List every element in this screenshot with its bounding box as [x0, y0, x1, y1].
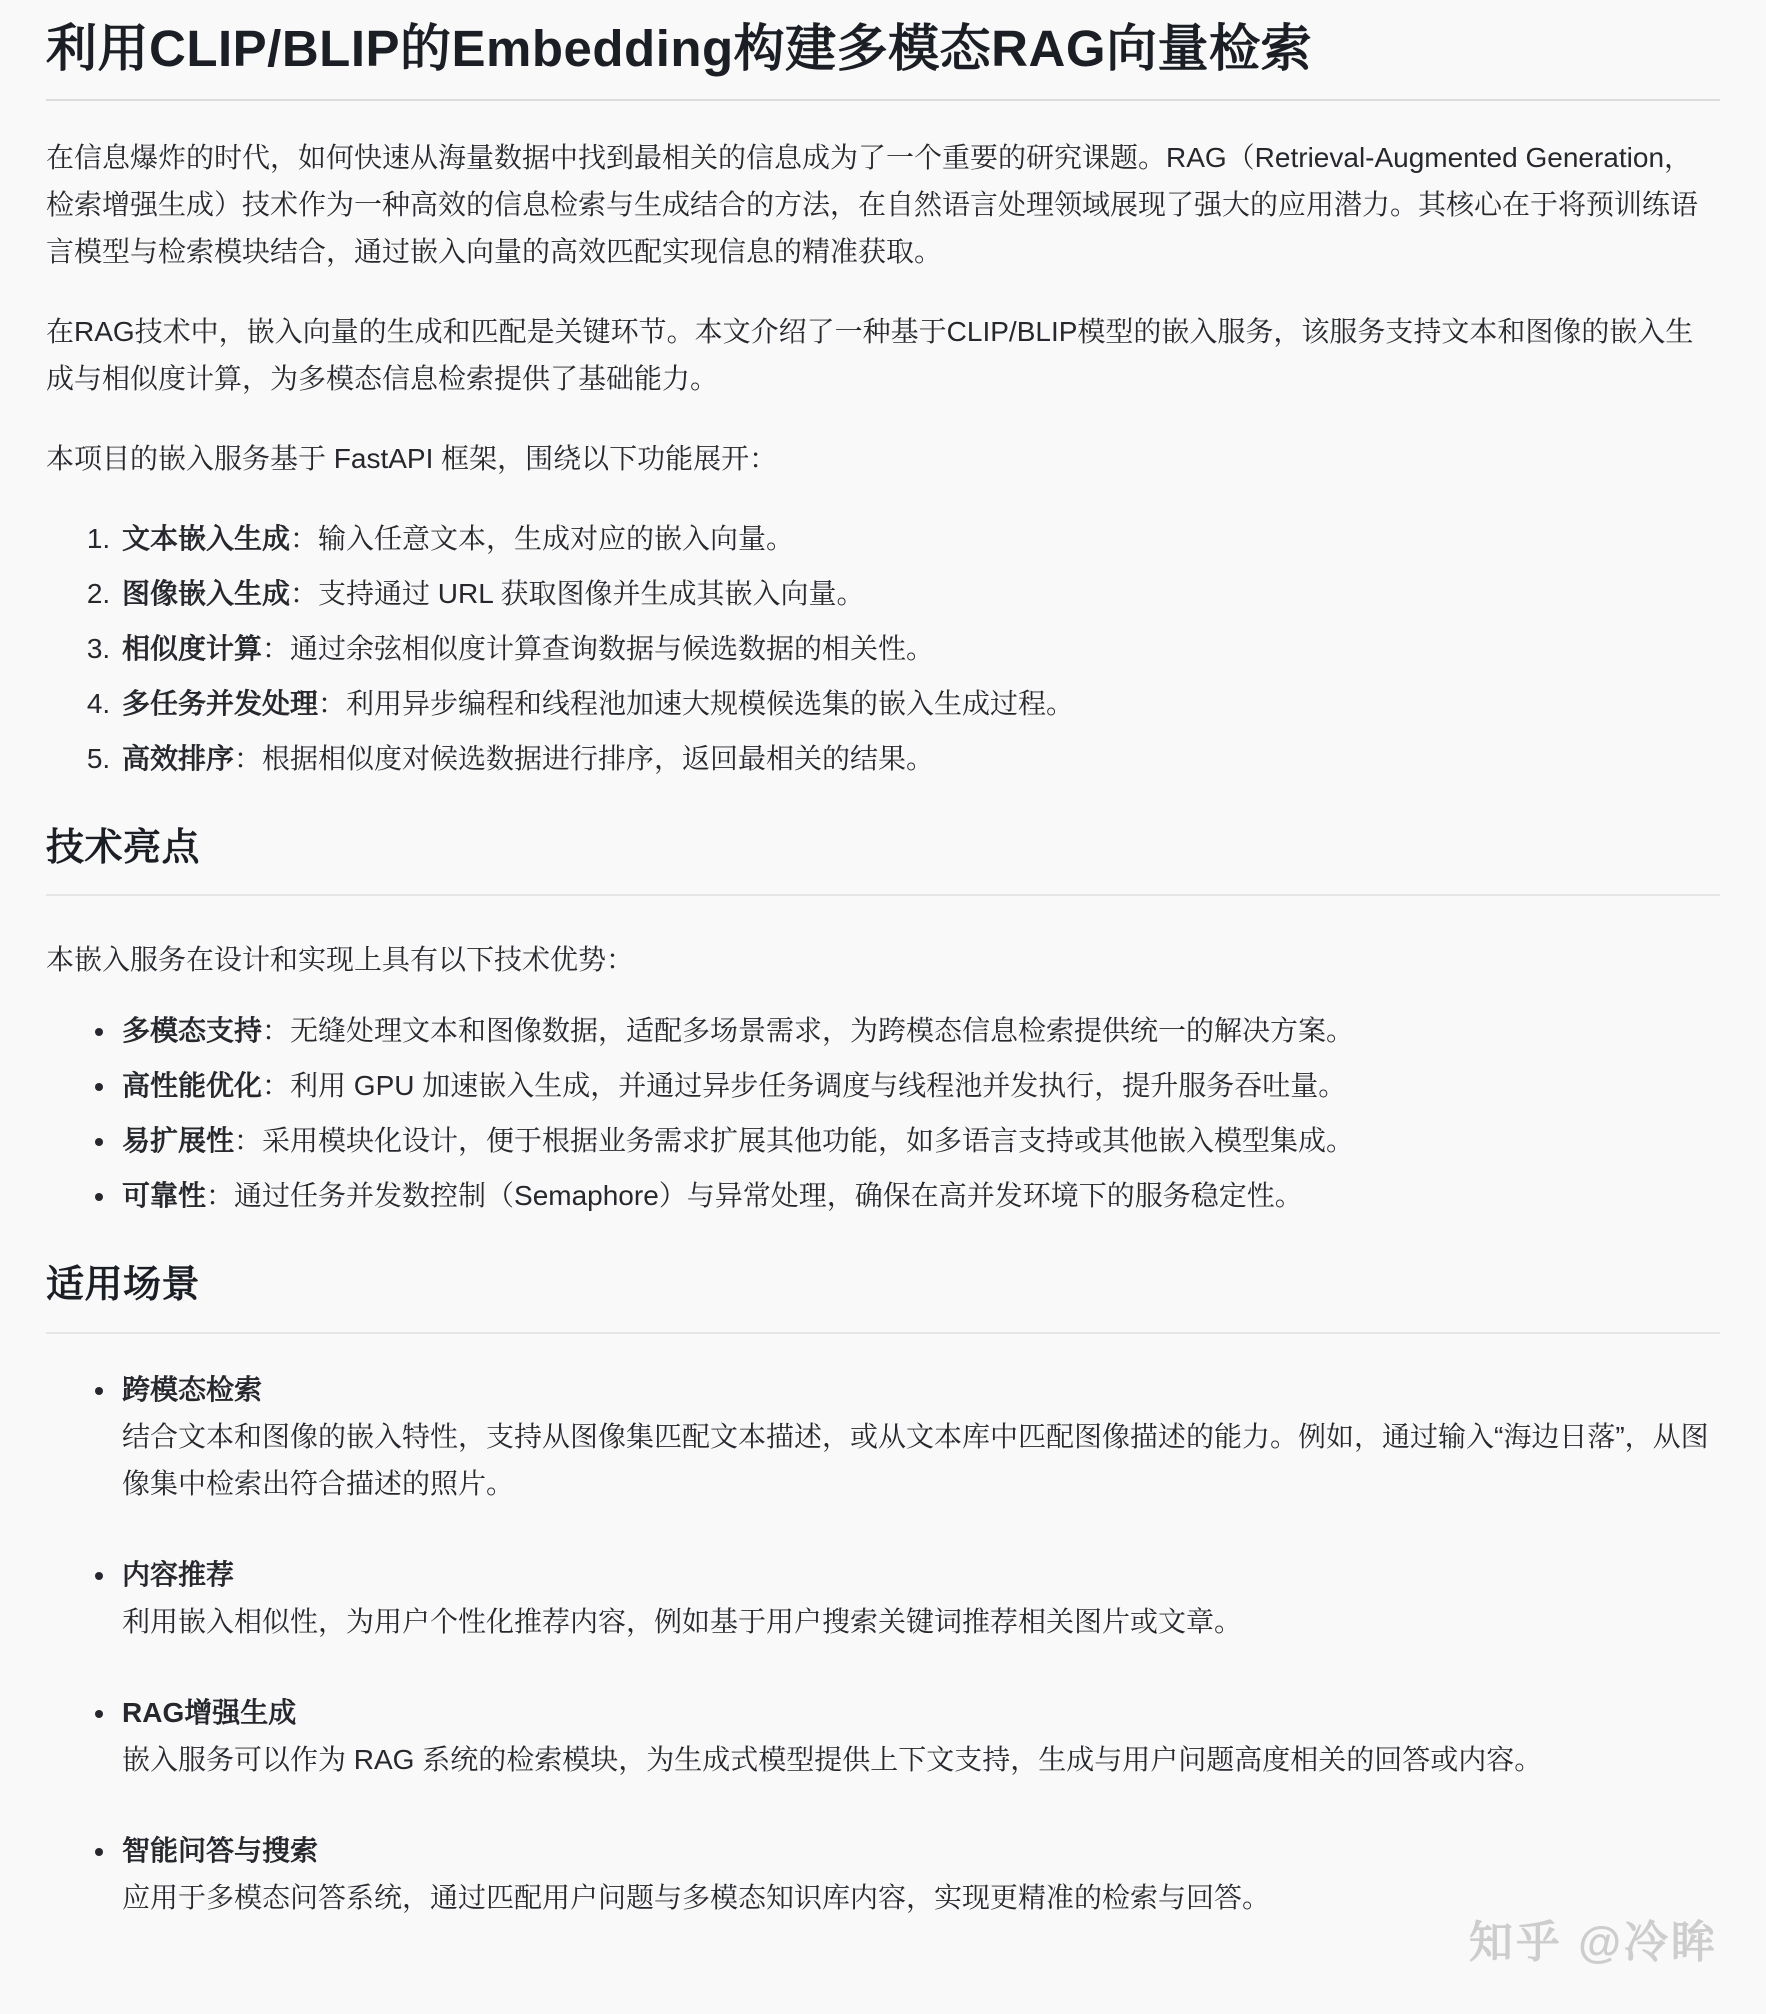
- scenario-item: RAG增强生成 嵌入服务可以作为 RAG 系统的检索模块，为生成式模型提供上下文…: [118, 1689, 1720, 1783]
- article-page: 利用CLIP/BLIP的Embedding构建多模态RAG向量检索 在信息爆炸的…: [0, 0, 1766, 2014]
- highlight-item: 多模态支持：无缝处理文本和图像数据，适配多场景需求，为跨模态信息检索提供统一的解…: [118, 1007, 1720, 1054]
- highlight-term: 多模态支持: [122, 1015, 262, 1046]
- feature-item: 相似度计算：通过余弦相似度计算查询数据与候选数据的相关性。: [118, 625, 1720, 672]
- scenario-title: 智能问答与搜索: [122, 1827, 1720, 1874]
- intro-paragraph-1: 在信息爆炸的时代，如何快速从海量数据中找到最相关的信息成为了一个重要的研究课题。…: [46, 134, 1720, 275]
- intro-paragraph-3: 本项目的嵌入服务基于 FastAPI 框架，围绕以下功能展开：: [46, 435, 1720, 482]
- feature-item: 高效排序：根据相似度对候选数据进行排序，返回最相关的结果。: [118, 735, 1720, 782]
- title-divider: [46, 99, 1720, 101]
- intro-paragraph-2: 在RAG技术中，嵌入向量的生成和匹配是关键环节。本文介绍了一种基于CLIP/BL…: [46, 308, 1720, 402]
- scenario-desc: 利用嵌入相似性，为用户个性化推荐内容，例如基于用户搜索关键词推荐相关图片或文章。: [122, 1598, 1720, 1645]
- scenario-title: 跨模态检索: [122, 1366, 1720, 1413]
- section-heading-highlights: 技术亮点: [46, 824, 1720, 873]
- feature-desc: ：输入任意文本，生成对应的嵌入向量。: [290, 523, 794, 554]
- section-heading-scenarios: 适用场景: [46, 1261, 1720, 1310]
- feature-item: 文本嵌入生成：输入任意文本，生成对应的嵌入向量。: [118, 515, 1720, 562]
- feature-term: 多任务并发处理: [122, 688, 318, 719]
- highlight-item: 高性能优化：利用 GPU 加速嵌入生成，并通过异步任务调度与线程池并发执行，提升…: [118, 1062, 1720, 1109]
- section-divider-highlights: [46, 894, 1720, 896]
- scenario-list: 跨模态检索 结合文本和图像的嵌入特性，支持从图像集匹配文本描述，或从文本库中匹配…: [46, 1366, 1720, 1921]
- feature-term: 图像嵌入生成: [122, 578, 290, 609]
- highlight-term: 可靠性: [122, 1180, 206, 1211]
- scenario-item: 内容推荐 利用嵌入相似性，为用户个性化推荐内容，例如基于用户搜索关键词推荐相关图…: [118, 1551, 1720, 1645]
- feature-item: 多任务并发处理：利用异步编程和线程池加速大规模候选集的嵌入生成过程。: [118, 680, 1720, 727]
- highlight-desc: ：采用模块化设计，便于根据业务需求扩展其他功能，如多语言支持或其他嵌入模型集成。: [234, 1125, 1354, 1156]
- scenario-desc: 结合文本和图像的嵌入特性，支持从图像集匹配文本描述，或从文本库中匹配图像描述的能…: [122, 1413, 1720, 1507]
- feature-term: 相似度计算: [122, 633, 262, 664]
- highlight-term: 高性能优化: [122, 1070, 262, 1101]
- highlight-desc: ：通过任务并发数控制（Semaphore）与异常处理，确保在高并发环境下的服务稳…: [206, 1180, 1303, 1211]
- section-divider-scenarios: [46, 1332, 1720, 1334]
- feature-term: 高效排序: [122, 743, 234, 774]
- feature-desc: ：根据相似度对候选数据进行排序，返回最相关的结果。: [234, 743, 934, 774]
- highlight-item: 易扩展性：采用模块化设计，便于根据业务需求扩展其他功能，如多语言支持或其他嵌入模…: [118, 1117, 1720, 1164]
- feature-desc: ：支持通过 URL 获取图像并生成其嵌入向量。: [290, 578, 865, 609]
- feature-list: 文本嵌入生成：输入任意文本，生成对应的嵌入向量。 图像嵌入生成：支持通过 URL…: [46, 515, 1720, 782]
- watermark: 知乎 @冷眸: [1469, 1906, 1718, 1970]
- feature-term: 文本嵌入生成: [122, 523, 290, 554]
- feature-desc: ：利用异步编程和线程池加速大规模候选集的嵌入生成过程。: [318, 688, 1074, 719]
- highlight-item: 可靠性：通过任务并发数控制（Semaphore）与异常处理，确保在高并发环境下的…: [118, 1172, 1720, 1219]
- scenario-title: RAG增强生成: [122, 1689, 1720, 1736]
- feature-item: 图像嵌入生成：支持通过 URL 获取图像并生成其嵌入向量。: [118, 570, 1720, 617]
- highlights-lead: 本嵌入服务在设计和实现上具有以下技术优势：: [46, 936, 1720, 983]
- highlight-desc: ：无缝处理文本和图像数据，适配多场景需求，为跨模态信息检索提供统一的解决方案。: [262, 1015, 1354, 1046]
- scenario-item: 跨模态检索 结合文本和图像的嵌入特性，支持从图像集匹配文本描述，或从文本库中匹配…: [118, 1366, 1720, 1507]
- highlight-term: 易扩展性: [122, 1125, 234, 1156]
- scenario-desc: 嵌入服务可以作为 RAG 系统的检索模块，为生成式模型提供上下文支持，生成与用户…: [122, 1736, 1720, 1783]
- scenario-title: 内容推荐: [122, 1551, 1720, 1598]
- highlight-desc: ：利用 GPU 加速嵌入生成，并通过异步任务调度与线程池并发执行，提升服务吞吐量…: [262, 1070, 1346, 1101]
- feature-desc: ：通过余弦相似度计算查询数据与候选数据的相关性。: [262, 633, 934, 664]
- page-title: 利用CLIP/BLIP的Embedding构建多模态RAG向量检索: [46, 8, 1720, 86]
- highlight-list: 多模态支持：无缝处理文本和图像数据，适配多场景需求，为跨模态信息检索提供统一的解…: [46, 1007, 1720, 1219]
